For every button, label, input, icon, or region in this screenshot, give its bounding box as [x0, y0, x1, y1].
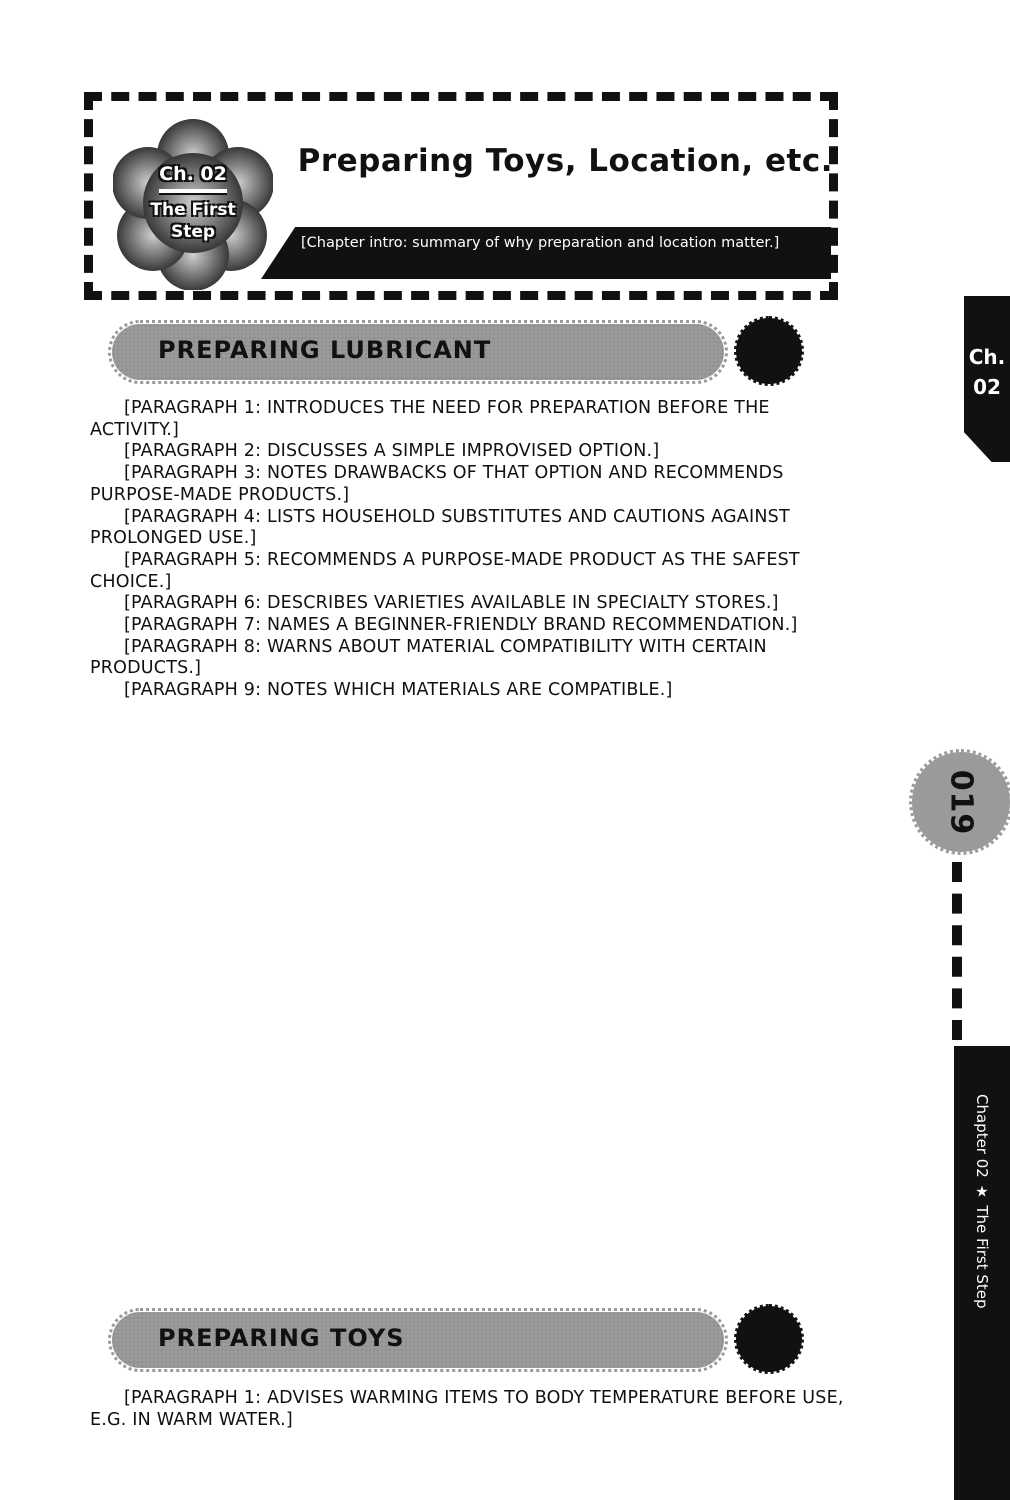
chapter-flower-badge: Ch. 02 The First Step	[113, 115, 273, 290]
section-heading-toys: PREPARING TOYS	[112, 1306, 802, 1372]
body-paragraph: [Paragraph 8: warns about material compa…	[90, 637, 860, 680]
section-body-lubricant: [Paragraph 1: introduces the need for pr…	[90, 398, 860, 702]
page-number-badge: 019	[912, 752, 1010, 852]
body-paragraph: [Paragraph 1: advises warming items to b…	[90, 1388, 860, 1431]
chapter-header-box: Ch. 02 The First Step Preparing Toys, Lo…	[84, 92, 838, 300]
body-paragraph: [Paragraph 4: lists household substitute…	[90, 507, 860, 550]
body-paragraph: [Paragraph 2: discusses a simple improvi…	[90, 441, 860, 463]
body-paragraph: [Paragraph 5: recommends a purpose-made …	[90, 550, 860, 593]
running-footer-text: Chapter 02 ★ The First Step	[973, 1046, 991, 1309]
chapter-tab-line1: Ch.	[969, 342, 1006, 372]
page-number: 019	[944, 769, 979, 835]
body-paragraph: [Paragraph 7: names a beginner-friendly …	[90, 615, 860, 637]
page-title: Preparing Toys, Location, etc.	[293, 143, 833, 179]
body-paragraph: [Paragraph 1: introduces the need for pr…	[90, 398, 860, 441]
running-footer: Chapter 02 ★ The First Step	[954, 1046, 1010, 1500]
section-body-toys: [Paragraph 1: advises warming items to b…	[90, 1388, 860, 1431]
chapter-subtitle-line2: Step	[171, 221, 215, 243]
body-paragraph: [Paragraph 6: describes varieties availa…	[90, 593, 860, 615]
section-dot-icon	[736, 318, 802, 384]
body-paragraph: [Paragraph 3: notes drawbacks of that op…	[90, 463, 860, 506]
chapter-tab-line2: 02	[973, 372, 1001, 402]
chapter-subtitle-line1: The First	[150, 199, 235, 221]
body-paragraph: [Paragraph 9: notes which materials are …	[90, 680, 860, 702]
section-heading-label: PREPARING TOYS	[158, 1324, 405, 1352]
dashed-divider	[952, 862, 962, 1040]
chapter-side-tab: Ch. 02	[964, 296, 1010, 462]
section-dot-icon	[736, 1306, 802, 1372]
chapter-intro-bar: [Chapter intro: summary of why preparati…	[261, 227, 831, 279]
chapter-label: Ch. 02	[159, 163, 227, 193]
section-heading-label: PREPARING LUBRICANT	[158, 336, 491, 364]
section-heading-lubricant: PREPARING LUBRICANT	[112, 318, 802, 384]
